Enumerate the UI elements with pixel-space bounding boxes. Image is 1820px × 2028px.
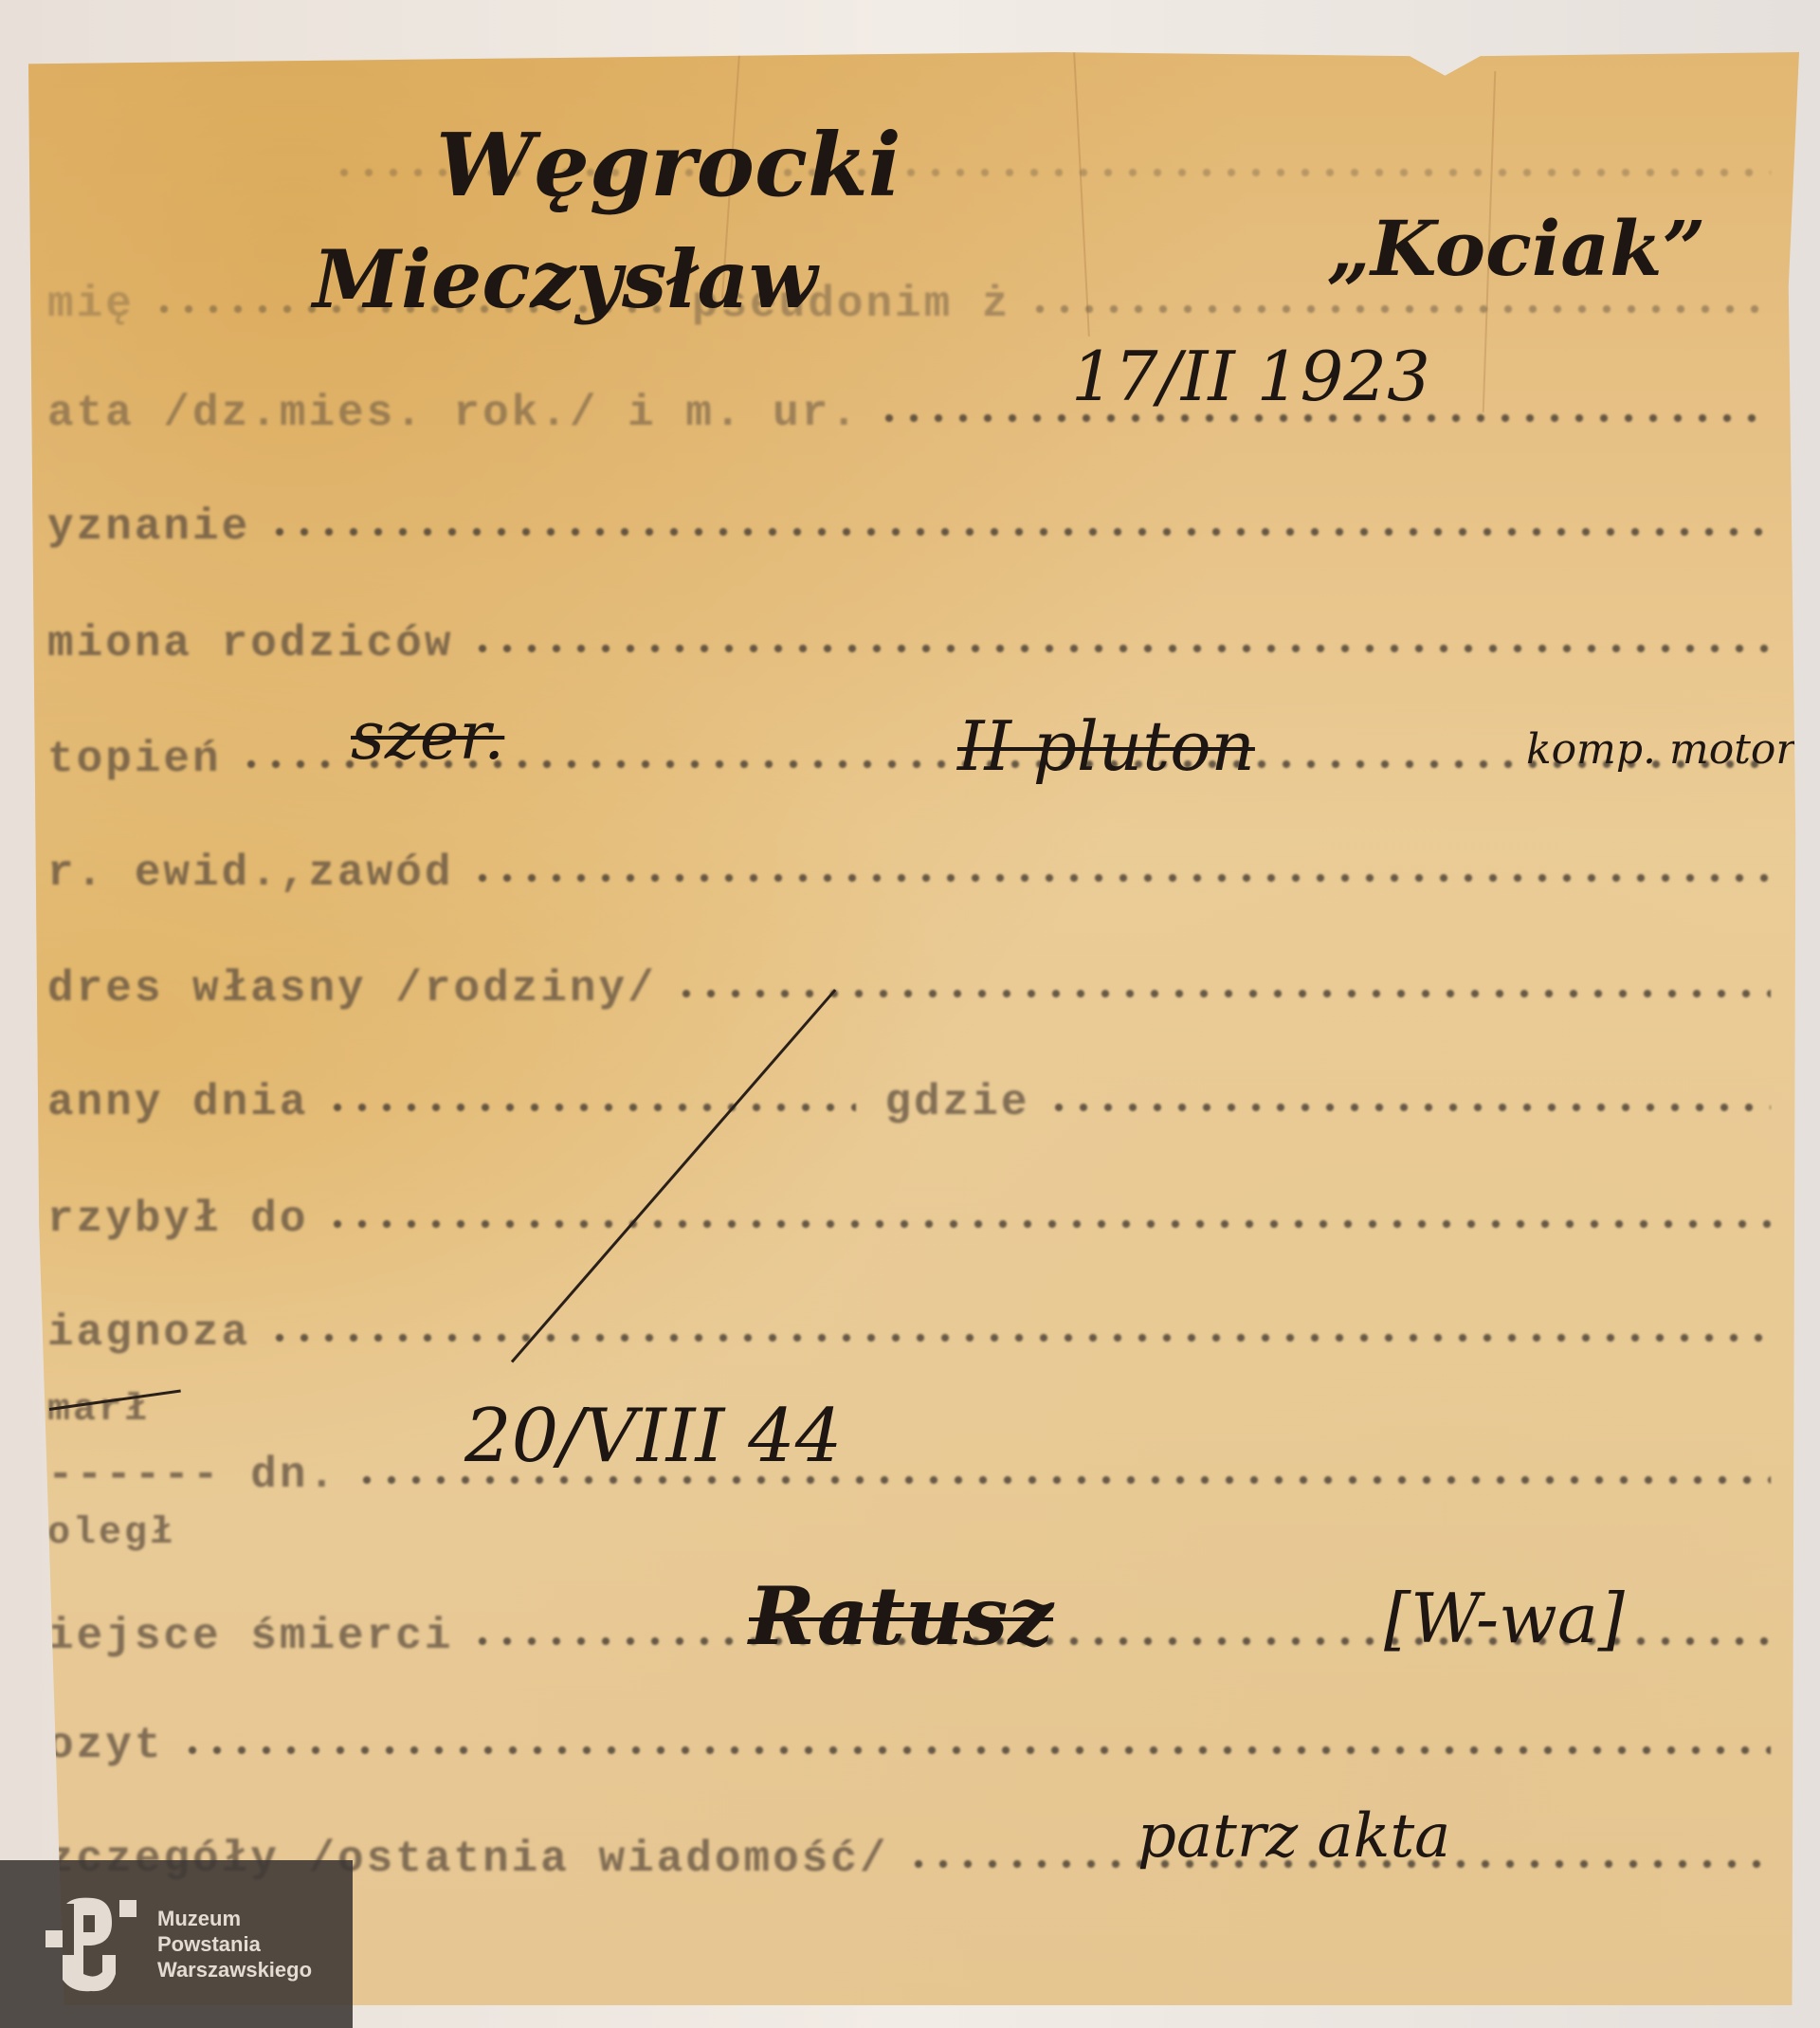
field-label: oległ (28, 1512, 175, 1555)
dotted-line (1028, 302, 1771, 316)
field-label: iejsce śmierci (28, 1612, 453, 1661)
form-row-wounded: anny dnia gdzie (28, 1078, 1799, 1135)
document-paper: mię pseudonim ż ata /dz.mies. rok./ i m.… (28, 52, 1799, 2005)
handwritten-unit: II pluton (957, 706, 1255, 786)
field-label: anny dnia (28, 1078, 308, 1127)
form-row-died-label-bottom: oległ (28, 1512, 1799, 1560)
field-label: ------ dn. (28, 1451, 337, 1500)
form-row-address: dres własny /rodziny/ (28, 964, 1799, 1021)
handwritten-rank-struck: szer. (351, 697, 504, 775)
dotted-line (180, 1744, 1771, 1757)
field-label-where: gdzie (884, 1078, 1029, 1127)
field-label: iagnoza (28, 1308, 250, 1358)
dotted-line (267, 1331, 1771, 1344)
form-row-diagnosis: iagnoza (28, 1308, 1799, 1365)
field-label: miona rodziców (28, 619, 453, 668)
handwritten-surname: Węgrocki (436, 114, 901, 216)
dotted-line (674, 987, 1771, 1000)
field-label: dres własny /rodziny/ (28, 964, 657, 1014)
form-row-parents: miona rodziców (28, 619, 1799, 676)
dotted-line (1046, 1101, 1771, 1114)
field-label: r. ewid.,zawód (28, 849, 453, 898)
kotwica-anchor-icon (45, 1892, 140, 1997)
field-label: mię (28, 280, 135, 329)
form-row-id-profession: r. ewid.,zawód (28, 849, 1799, 905)
handwritten-unit-note: komp. motor (1526, 725, 1795, 774)
form-row-birth-date: ata /dz.mies. rok./ i m. ur. (28, 389, 1799, 446)
form-row-arrived: rzybył do (28, 1195, 1799, 1252)
cancel-stroke (511, 989, 836, 1362)
museum-name: Muzeum Powstania Warszawskiego (157, 1906, 312, 1982)
handwritten-death-place-struck: Ratusz (749, 1569, 1053, 1663)
field-label: ata /dz.mies. rok./ i m. ur. (28, 389, 860, 438)
form-row-religion: yznanie (28, 502, 1799, 559)
handwritten-first-name: Mieczysław (313, 232, 817, 326)
form-row-died-label-top: marł (28, 1389, 1799, 1436)
field-label: topień (28, 735, 222, 784)
dotted-line (470, 871, 1771, 885)
field-label: yznanie (28, 502, 250, 552)
form-row-buried: ozyt (28, 1721, 1799, 1778)
dotted-line (267, 525, 1771, 539)
dotted-line (325, 1101, 856, 1114)
handwritten-pseudonym: „Kociak” (1327, 204, 1706, 293)
form-row-death-date: ------ dn. (28, 1451, 1799, 1507)
handwritten-death-place: [W-wa] (1384, 1579, 1625, 1658)
field-label: rzybył do (28, 1195, 308, 1244)
handwritten-birth-date: 17/II 1923 (1071, 337, 1430, 416)
handwritten-details: patrz akta (1137, 1801, 1450, 1872)
handwritten-death-date: 20/VIII 44 (464, 1394, 842, 1479)
dotted-line (325, 1217, 1771, 1231)
dotted-line (470, 642, 1771, 655)
museum-watermark: Muzeum Powstania Warszawskiego (0, 1860, 353, 2028)
field-label: ozyt (28, 1721, 163, 1770)
